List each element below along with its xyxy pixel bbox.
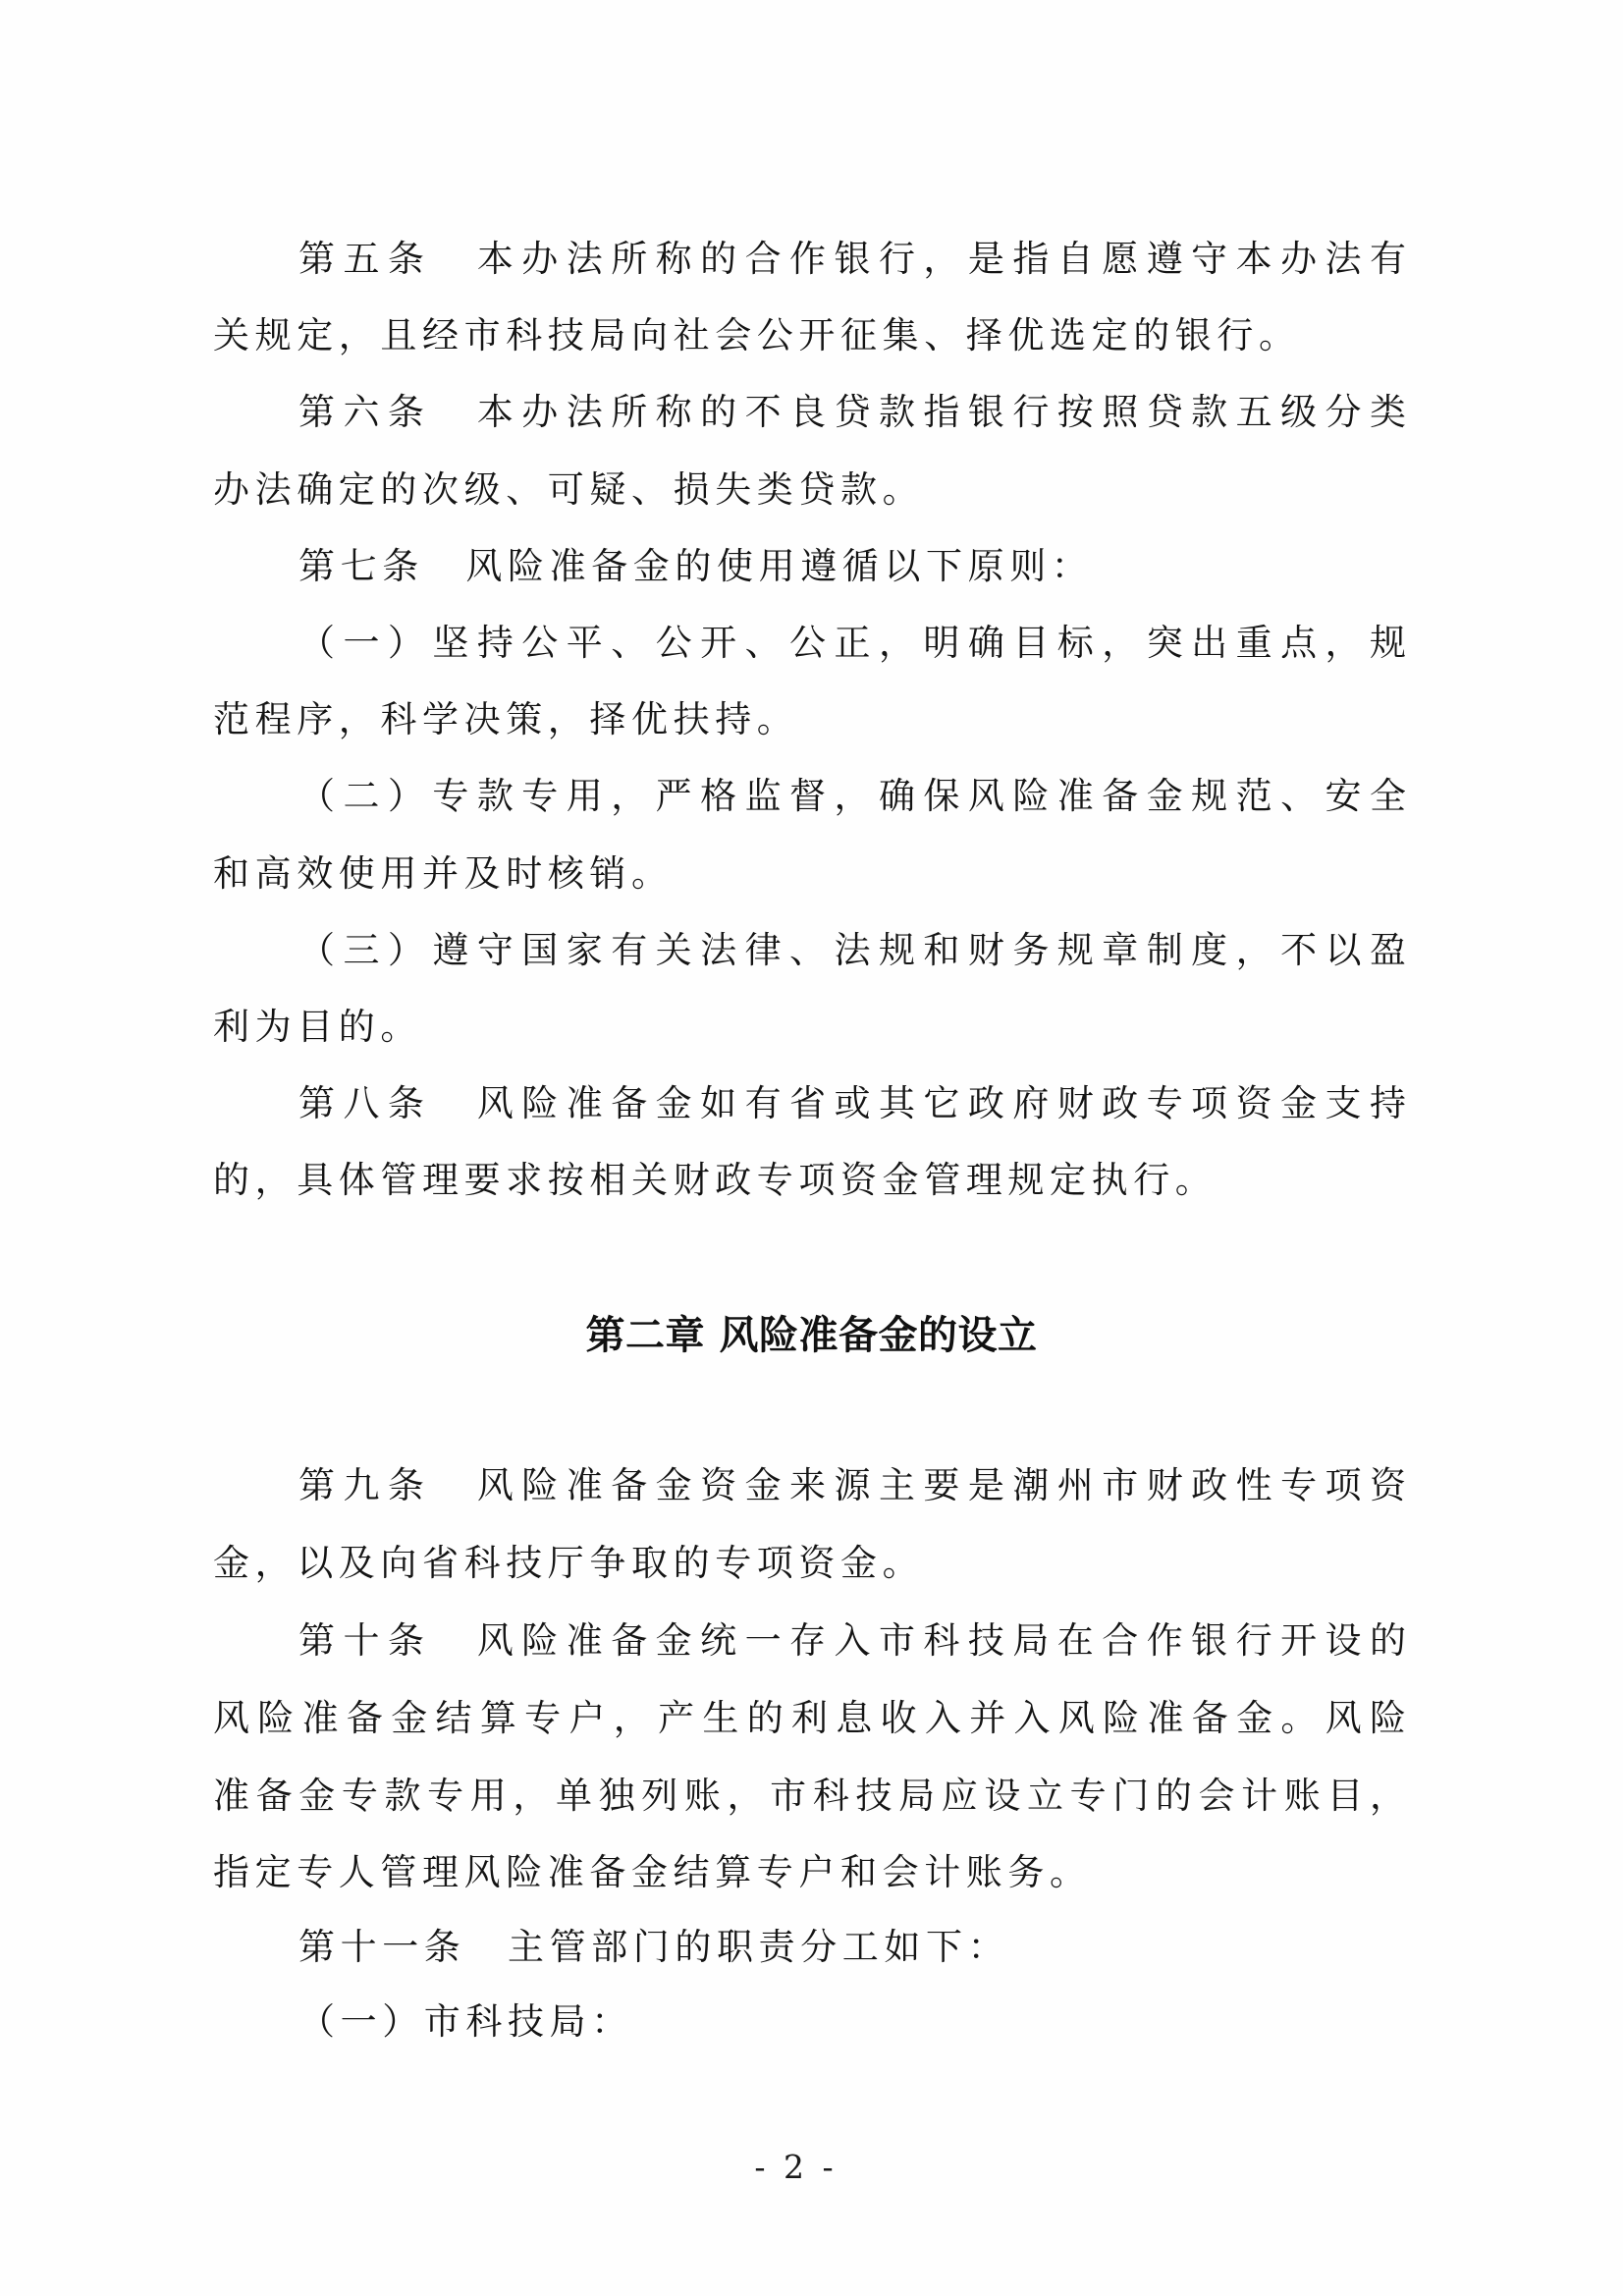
article-7-item-2-line-1: （二）专款专用，严格监督，确保风险准备金规范、安全 xyxy=(298,767,1406,826)
article-7-item-1-line-2: 范程序，科学决策，择优扶持。 xyxy=(213,690,798,749)
article-10-line-3: 准备金专款专用，单独列账，市科技局应设立专门的会计账目， xyxy=(213,1767,1406,1826)
article-10-line-2: 风险准备金结算专户，产生的利息收入并入风险准备金。风险 xyxy=(213,1689,1406,1748)
article-10-line-4: 指定专人管理风险准备金结算专户和会计账务。 xyxy=(213,1843,1092,1902)
article-7-line-1: 第七条 风险准备金的使用遵循以下原则： xyxy=(298,537,1093,596)
document-page: 第五条 本办法所称的合作银行，是指自愿遵守本办法有 关规定，且经市科技局向社会公… xyxy=(0,0,1623,2296)
article-9-line-1: 第九条 风险准备金资金来源主要是潮州市财政性专项资 xyxy=(298,1456,1406,1515)
article-10-line-1: 第十条 风险准备金统一存入市科技局在合作银行开设的 xyxy=(298,1612,1406,1670)
article-7-item-1-line-1: （一）坚持公平、公开、公正，明确目标，突出重点，规 xyxy=(298,614,1406,673)
article-6-line-1: 第六条 本办法所称的不良贷款指银行按照贷款五级分类 xyxy=(298,383,1406,442)
page-number: - 2 - xyxy=(0,2146,1588,2189)
article-11-item-1: （一）市科技局： xyxy=(298,1993,633,2051)
article-7-item-3-line-2: 利为目的。 xyxy=(213,998,422,1057)
article-5-line-2: 关规定，且经市科技局向社会公开征集、择优选定的银行。 xyxy=(213,306,1301,365)
article-5-line-1: 第五条 本办法所称的合作银行，是指自愿遵守本办法有 xyxy=(298,230,1406,289)
article-8-line-2: 的，具体管理要求按相关财政专项资金管理规定执行。 xyxy=(213,1151,1217,1210)
article-7-item-3-line-1: （三）遵守国家有关法律、法规和财务规章制度，不以盈 xyxy=(298,921,1406,980)
article-9-line-2: 金，以及向省科技厅争取的专项资金。 xyxy=(213,1534,924,1593)
chapter-heading: 第二章 风险准备金的设立 xyxy=(0,1306,1623,1365)
article-7-item-2-line-2: 和高效使用并及时核销。 xyxy=(213,845,674,903)
article-11-line-1: 第十一条 主管部门的职责分工如下： xyxy=(298,1918,1009,1977)
article-8-line-1: 第八条 风险准备金如有省或其它政府财政专项资金支持 xyxy=(298,1074,1406,1133)
article-6-line-2: 办法确定的次级、可疑、损失类贷款。 xyxy=(213,461,924,519)
